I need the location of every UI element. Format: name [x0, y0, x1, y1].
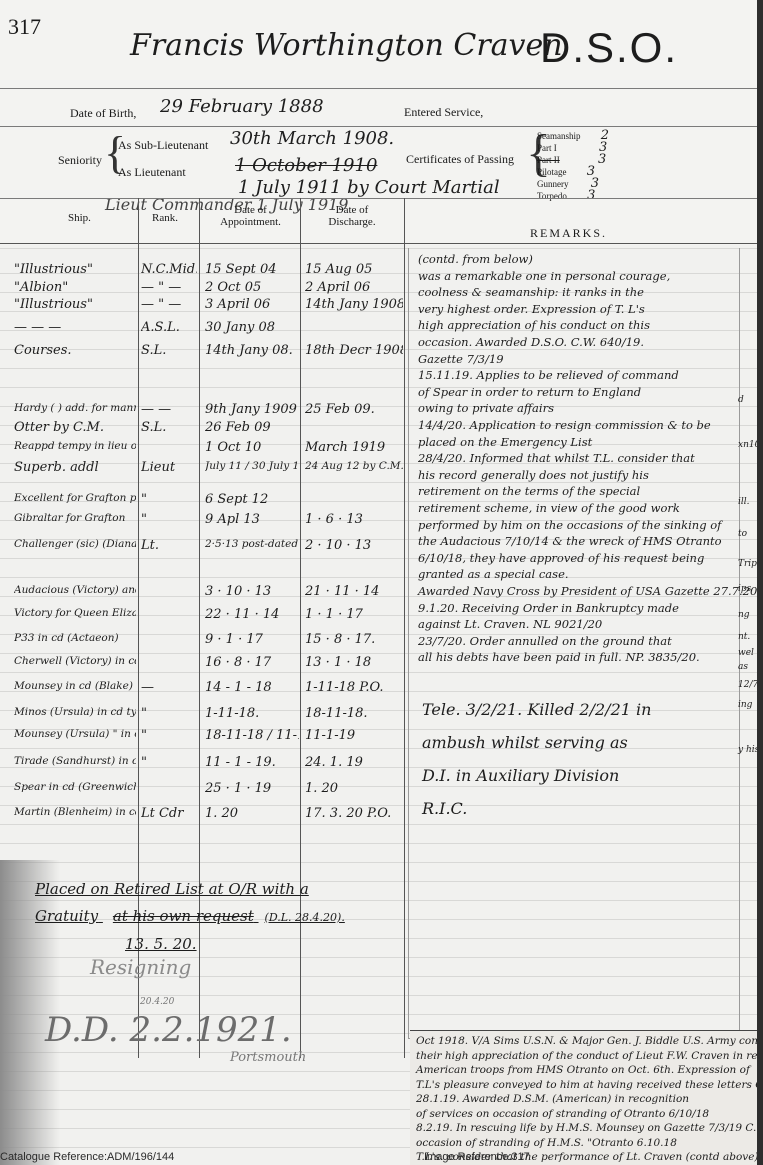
appointment-cell: 1. 20	[205, 806, 299, 821]
appointment-cell: 15 Sept 04	[205, 262, 299, 277]
pasted-remark-line: 28.1.19. Awarded D.S.M. (American) in re…	[416, 1093, 689, 1105]
remark-line: occasion. Awarded D.S.O. C.W. 640/19.	[418, 335, 644, 349]
sub-lieutenant-date: 30th March 1908.	[230, 128, 394, 149]
column-discharge: Date of Discharge.	[312, 204, 392, 228]
appointment-cell: 14th Jany 08.	[205, 343, 299, 358]
discharge-cell: 13 · 1 · 18	[305, 655, 403, 670]
certificates-label: Certificates of Passing	[406, 152, 514, 167]
appointment-cell: 3 · 10 · 13	[205, 584, 299, 599]
ship-cell: Audacious (Victory) and on commg	[14, 584, 136, 596]
ship-cell: "Illustrious"	[14, 297, 136, 312]
remark-line: 14/4/20. Application to resign commissio…	[418, 418, 711, 432]
discharge-cell: 24. 1. 19	[305, 755, 403, 770]
remark-line: against Lt. Craven. NL 9021/20	[418, 617, 602, 631]
dob-label: Date of Birth,	[70, 106, 136, 121]
ship-cell: P33 in cd (Actaeon)	[14, 632, 136, 644]
remark-line: 23/7/20. Order annulled on the ground th…	[418, 634, 672, 648]
appointment-cell: 9 Apl 13	[205, 512, 299, 527]
ship-cell: "Albion"	[14, 280, 136, 295]
remark-line-large: Tele. 3/2/21. Killed 2/2/21 in	[422, 700, 651, 719]
discharge-cell: 14th Jany 1908	[305, 297, 403, 312]
appointment-cell: 26 Feb 09	[205, 420, 299, 435]
ship-cell: Hardy ( ) add. for manning	[14, 402, 136, 414]
rank-cell: "	[141, 706, 197, 721]
discharge-cell: 2 · 10 · 13	[305, 538, 403, 553]
appointment-cell: 25 · 1 · 19	[205, 781, 299, 796]
rank-cell: "	[141, 755, 197, 770]
discharge-cell: 21 · 11 · 14	[305, 584, 403, 599]
rank-cell: Lt.	[141, 538, 197, 553]
page-number: 317	[8, 14, 41, 40]
ship-cell: Martin (Blenheim) in cd	[14, 806, 136, 818]
remark-line: coolness & seamanship: it ranks in the	[418, 285, 644, 299]
ship-cell: Mounsey (Ursula) " in cd on recommg	[14, 728, 136, 740]
rank-cell: S.L.	[141, 343, 197, 358]
discharge-cell: 24 Aug 12 by C.M.	[305, 460, 403, 472]
discharge-cell: 11-1-19	[305, 728, 403, 743]
ship-cell: Spear in cd (Greenwich)	[14, 781, 136, 793]
remark-line-large: D.I. in Auxiliary Division	[422, 766, 619, 785]
ship-cell: Mounsey in cd (Blake)	[14, 680, 136, 692]
ship-cell: Victory for Queen Elizabeth son cg	[14, 607, 136, 619]
remark-line: of Spear in order to return to England	[418, 385, 641, 399]
rank-cell: — " —	[141, 280, 197, 295]
ship-cell: Minos (Ursula) in cd ty	[14, 706, 136, 718]
appointment-cell: 2 Oct 05	[205, 280, 299, 295]
discharge-cell: 1 · 6 · 13	[305, 512, 403, 527]
ship-cell: Otter by C.M.	[14, 420, 136, 435]
remark-line: 9.1.20. Receiving Order in Bankruptcy ma…	[418, 601, 679, 615]
pasted-remark-line: American troops from HMS Otranto on Oct.…	[416, 1064, 750, 1076]
remark-line: (contd. from below)	[418, 252, 533, 266]
discharge-cell: March 1919	[305, 440, 403, 455]
ship-cell: "Illustrious"	[14, 262, 136, 277]
remark-line: Awarded Navy Cross by President of USA G…	[418, 584, 761, 598]
column-rank: Rank.	[152, 212, 178, 224]
remark-line: placed on the Emergency List	[418, 435, 592, 449]
remark-line: performed by him on the occasions of the…	[418, 518, 721, 532]
margin-note: 12/7	[738, 680, 758, 690]
rank-cell: Lieut	[141, 460, 197, 475]
appointment-cell: 11 - 1 - 19.	[205, 755, 299, 770]
appointment-cell: 18-11-18 / 11-18	[205, 728, 299, 743]
rank-cell: — " —	[141, 297, 197, 312]
appointment-cell: 1-11-18.	[205, 706, 299, 721]
margin-note: ill.	[738, 497, 750, 507]
discharge-cell: 18th Decr 1908.	[305, 343, 403, 358]
lieutenant-date-struck: 1 October 1910	[235, 155, 377, 176]
cert-part-2: Part II 3	[537, 154, 609, 166]
rank-cell: S.L.	[141, 420, 197, 435]
dd-small-note: 20.4.20	[140, 997, 174, 1007]
appointment-cell: 6 Sept 12	[205, 492, 299, 507]
appointment-cell: 9th Jany 1909	[205, 402, 299, 417]
appointment-cell: July 11 / 30 July 11	[205, 460, 299, 472]
appointment-cell: 9 · 1 · 17	[205, 632, 299, 647]
retirement-line-2: Gratuity at his own request (D.L. 28.4.2…	[35, 907, 345, 925]
pasted-remark-line: T.L's pleasure conveyed to him at having…	[416, 1079, 763, 1091]
remark-line: 28/4/20. Informed that whilst T.L. consi…	[418, 451, 695, 465]
remark-line-large: ambush whilst serving as	[422, 733, 628, 752]
discharge-cell: 1-11-18 P.O.	[305, 680, 403, 695]
retirement-date: 13. 5. 20.	[125, 935, 197, 953]
remark-line: the Audacious 7/10/14 & the wreck of HMS…	[418, 534, 722, 548]
remark-line: retirement scheme, in view of the good w…	[418, 501, 680, 515]
ship-cell: Challenger (sic) (Diana)	[14, 538, 136, 550]
appointment-cell: 2·5·13 post-dated 1·6·13	[205, 538, 299, 550]
appointment-cell: 22 · 11 · 14	[205, 607, 299, 622]
appointment-cell: 3 April 06	[205, 297, 299, 312]
ship-cell: Excellent for Grafton p.c.	[14, 492, 136, 504]
dob-value: 29 February 1888	[160, 96, 324, 117]
discharge-cell: 15 · 8 · 17.	[305, 632, 403, 647]
margin-note: nt.	[738, 632, 750, 642]
rank-cell: N.C.Mid.	[141, 262, 197, 277]
remark-line: his record generally does not justify hi…	[418, 468, 649, 482]
remark-line-large: R.I.C.	[422, 799, 467, 818]
ship-cell: — — —	[14, 320, 136, 335]
catalogue-reference: Catalogue Reference:ADM/196/144	[0, 1151, 174, 1163]
ship-cell: Gibraltar for Grafton	[14, 512, 136, 524]
remark-line: high appreciation of his conduct on this	[418, 318, 650, 332]
pasted-remark-line: of services on occasion of stranding of …	[416, 1108, 709, 1120]
appointment-cell: 14 - 1 - 18	[205, 680, 299, 695]
rank-cell: "	[141, 512, 197, 527]
ship-cell: Cherwell (Victory) in cd.	[14, 655, 136, 667]
remark-line: all his debts have been paid in full. NP…	[418, 650, 700, 664]
retirement-line-1: Placed on Retired List at O/R with a	[35, 880, 309, 898]
entered-service-label: Entered Service,	[404, 105, 483, 120]
margin-note: Trip	[738, 559, 757, 569]
pasted-remark-line: 8.2.19. In rescuing life by H.M.S. Mouns…	[416, 1122, 763, 1134]
remark-line: 15.11.19. Applies to be relieved of comm…	[418, 368, 679, 382]
discharge-cell: 18-11-18.	[305, 706, 403, 721]
remark-line: owing to private affairs	[418, 401, 554, 415]
pasted-remark-line: their high appreciation of the conduct o…	[416, 1050, 763, 1062]
column-ship: Ship.	[68, 212, 91, 224]
discharge-cell: 25 Feb 09.	[305, 402, 403, 417]
discharge-cell: 1 · 1 · 17	[305, 607, 403, 622]
appointment-cell: 1 Oct 10	[205, 440, 299, 455]
remark-line: was a remarkable one in personal courage…	[418, 269, 670, 283]
ship-cell: Tirade (Sandhurst) in cd	[14, 755, 136, 767]
margin-note: ing	[738, 700, 752, 710]
appointment-cell: 16 · 8 · 17	[205, 655, 299, 670]
lieutenant-label: As Lieutenant	[118, 165, 186, 180]
column-appointment: Date of Appointment.	[208, 204, 293, 228]
margin-note: ips	[738, 584, 751, 594]
ship-cell: Reappd tempy in lieu of S.L.	[14, 440, 136, 452]
discharge-cell: 1. 20	[305, 781, 403, 796]
remark-line: very highest order. Expression of T. L's	[418, 302, 645, 316]
remark-line: retirement on the terms of the special	[418, 484, 640, 498]
ship-cell: Superb. addl	[14, 460, 136, 475]
margin-note: d	[738, 395, 744, 405]
appointment-cell: 30 Jany 08	[205, 320, 299, 335]
margin-note: as	[738, 662, 748, 672]
cert-torpedo: Torpedo 3	[537, 190, 609, 202]
date-of-death: D.D. 2.2.1921.	[45, 1010, 292, 1050]
rank-cell: — —	[141, 402, 197, 417]
margin-note: ng	[738, 610, 750, 620]
officer-name: Francis Worthington Craven	[130, 28, 563, 63]
rank-cell: "	[141, 492, 197, 507]
pasted-remarks-slip-lower: Oct 1918. V/A Sims U.S.N. & Major Gen. J…	[410, 1030, 758, 1165]
rank-cell: Lt Cdr	[141, 806, 197, 821]
decoration: D.S.O.	[540, 24, 678, 72]
remark-line: granted as a special case.	[418, 567, 569, 581]
death-place: Portsmouth	[230, 1050, 306, 1065]
rank-cell: A.S.L.	[141, 320, 197, 335]
rank-cell: —	[141, 680, 197, 695]
scan-edge	[757, 0, 763, 1165]
remark-line: 6/10/18, they have approved of his reque…	[418, 551, 704, 565]
seniority-label: Seniority	[58, 153, 102, 168]
image-reference: Image Reference:317	[424, 1151, 530, 1163]
pasted-remark-line: Oct 1918. V/A Sims U.S.N. & Major Gen. J…	[416, 1035, 763, 1047]
discharge-cell: 2 April 06	[305, 280, 403, 295]
discharge-cell: 15 Aug 05	[305, 262, 403, 277]
pasted-remark-line: occasion of stranding of H.M.S. "Otranto…	[416, 1137, 677, 1149]
margin-note: wel	[738, 648, 754, 658]
ship-cell: Courses.	[14, 343, 136, 358]
resigning-note: Resigning	[90, 955, 191, 979]
cert-gunnery: Gunnery 3	[537, 178, 609, 190]
column-remarks: REMARKS.	[530, 226, 607, 241]
sub-lieutenant-label: As Sub-Lieutenant	[118, 138, 208, 153]
rank-cell: "	[141, 728, 197, 743]
remark-line: Gazette 7/3/19	[418, 352, 504, 366]
margin-note: to	[738, 529, 747, 539]
discharge-cell: 17. 3. 20 P.O.	[305, 806, 403, 821]
certificates-list: Seamanship 2 Part I 3 Part II 3 Pilotage…	[537, 130, 609, 202]
